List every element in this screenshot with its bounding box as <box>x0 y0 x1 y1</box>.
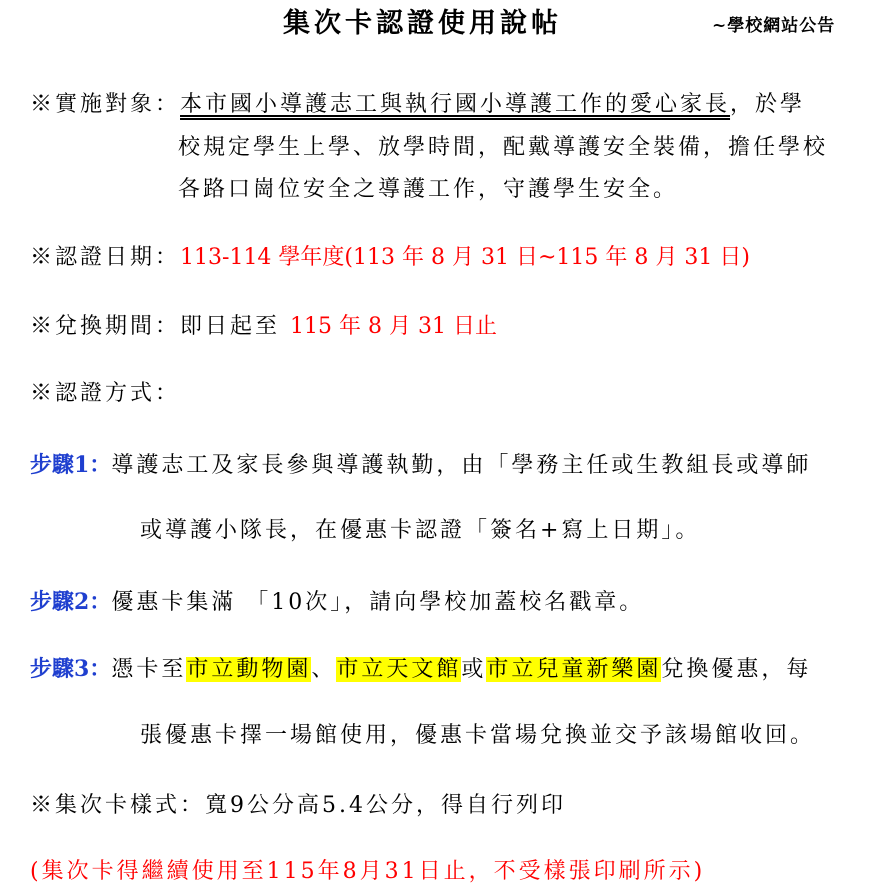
target-label: ※實施對象： <box>30 92 180 117</box>
cert-method-label: ※認證方式： <box>30 379 180 409</box>
target-line-2: 校規定學生上學、放學時間，配戴導護安全裝備，擔任學校 <box>178 133 828 163</box>
cert-date-label: ※認證日期： <box>30 245 180 270</box>
step-3-sep-1: 、 <box>311 657 336 682</box>
venue-zoo: 市立動物園 <box>186 657 311 682</box>
usage-note: (集次卡得繼續使用至115年8月31日止，不受樣張印刷所示) <box>30 857 705 887</box>
venue-observatory: 市立天文館 <box>336 657 461 682</box>
step-3-label: 步驟3： <box>30 656 111 682</box>
step-2-label: 步驟2： <box>30 589 111 615</box>
step-1-line-2: 或導護小隊長，在優惠卡認證「簽名+寫上日期」。 <box>140 516 700 546</box>
page-subtitle: ~學校網站公告 <box>712 14 835 38</box>
exchange-period-line: ※兌換期間：即日起至 115 年 8 月 31 日止 <box>30 312 497 342</box>
step-1-label: 步驟1： <box>30 452 111 478</box>
step-2-line: 步驟2：優惠卡集滿 「10次」，請向學校加蓋校名戳章。 <box>30 587 644 618</box>
venue-childrens-amusement-park: 市立兒童新樂園 <box>486 657 661 682</box>
target-line-3: 各路口崗位安全之導護工作，守護學生安全。 <box>178 175 678 205</box>
step-1-line-1: 步驟1：導護志工及家長參與導護執勤，由「學務主任或生教組長或導師 <box>30 450 811 481</box>
card-style-line: ※集次卡樣式：寬9公分高5.4公分，得自行列印 <box>30 791 566 821</box>
step-1-text: 導護志工及家長參與導護執勤，由「學務主任或生教組長或導師 <box>111 453 811 478</box>
step-3-sep-2: 或 <box>461 657 486 682</box>
step-3-suffix: 兌換優惠，每 <box>661 657 811 682</box>
target-rest: ，於學 <box>730 92 805 117</box>
target-line-1: ※實施對象：本市國小導護志工與執行國小導護工作的愛心家長，於學 <box>30 90 805 120</box>
exchange-period-label: ※兌換期間：即日起至 <box>30 314 290 339</box>
cert-date-line: ※認證日期：113-114 學年度(113 年 8 月 31 日~115 年 8… <box>30 243 750 273</box>
exchange-period-value: 115 年 8 月 31 日止 <box>290 314 497 339</box>
cert-date-value: 113-114 學年度(113 年 8 月 31 日~115 年 8 月 31 … <box>180 245 750 270</box>
step-2-text: 優惠卡集滿 「10次」，請向學校加蓋校名戳章。 <box>111 590 644 615</box>
step-3-line-2: 張優惠卡擇一場館使用，優惠卡當場兌換並交予該場館收回。 <box>140 721 815 751</box>
step-3-prefix: 憑卡至 <box>111 657 186 682</box>
target-underlined: 本市國小導護志工與執行國小導護工作的愛心家長 <box>180 92 730 117</box>
page-title: 集次卡認證使用說帖 <box>283 6 562 42</box>
step-3-line-1: 步驟3：憑卡至市立動物園、市立天文館或市立兒童新樂園兌換優惠，每 <box>30 654 811 685</box>
